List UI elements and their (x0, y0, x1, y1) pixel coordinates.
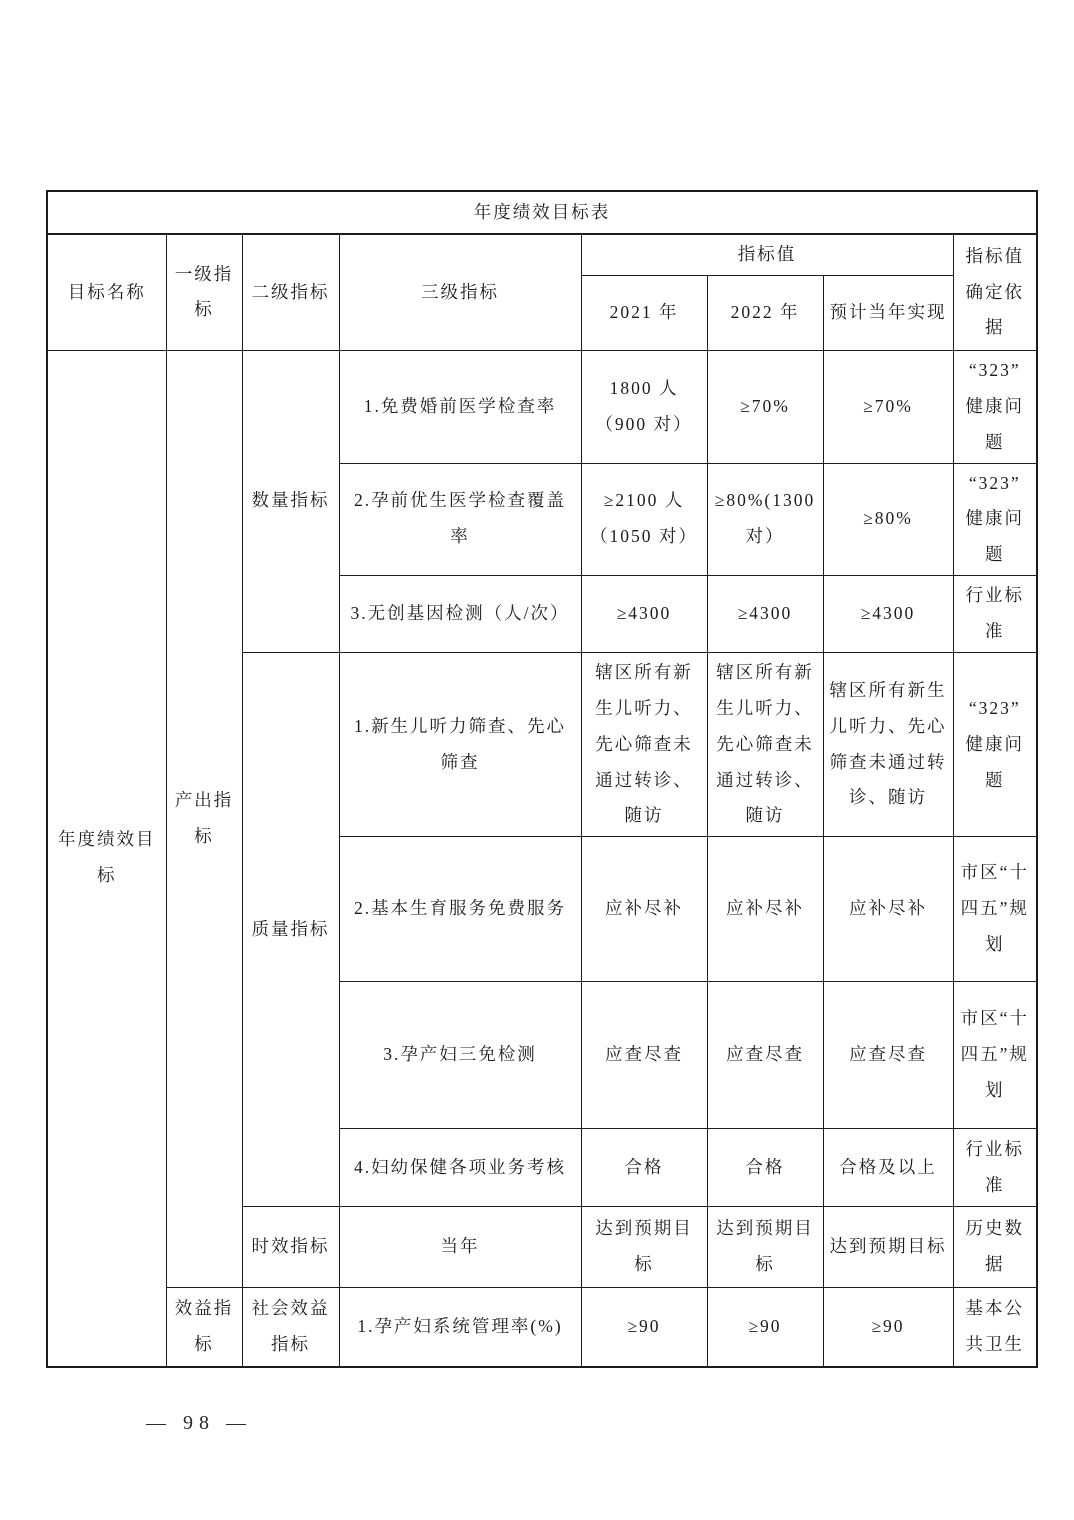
cell-basis: 历史数据 (953, 1207, 1037, 1288)
header-basis: 指标值确定依据 (953, 234, 1037, 350)
header-year-2022: 2022 年 (707, 275, 823, 350)
cell-2021-value: 辖区所有新生儿听力、先心筛查未通过转诊、随访 (581, 652, 707, 836)
cell-2022-value: 达到预期目标 (707, 1207, 823, 1288)
cell-indicator: 3.无创基因检测（人/次） (339, 576, 581, 653)
cell-level2-quality: 质量指标 (242, 652, 339, 1206)
table-row: 年度绩效目标 产出指标 数量指标 1.免费婚前医学检查率 1800 人（900 … (47, 350, 1037, 463)
cell-indicator: 3.孕产妇三免检测 (339, 982, 581, 1129)
cell-2021-value: 合格 (581, 1129, 707, 1207)
cell-2022-value: 辖区所有新生儿听力、先心筛查未通过转诊、随访 (707, 652, 823, 836)
cell-basis: “323”健康问题 (953, 463, 1037, 576)
table-row: 效益指标 社会效益指标 1.孕产妇系统管理率(%) ≥90 ≥90 ≥90 基本… (47, 1288, 1037, 1367)
cell-indicator: 2.孕前优生医学检查覆盖率 (339, 463, 581, 576)
table-row: 目标名称 一级指标 二级指标 三级指标 指标值 指标值确定依据 (47, 234, 1037, 275)
cell-2022-value: 应查尽查 (707, 982, 823, 1129)
cell-indicator: 1.新生儿听力筛查、先心筛查 (339, 652, 581, 836)
cell-expected-value: 达到预期目标 (823, 1207, 953, 1288)
cell-expected-value: 合格及以上 (823, 1129, 953, 1207)
cell-2021-value: 1800 人（900 对） (581, 350, 707, 463)
cell-basis: 行业标准 (953, 576, 1037, 653)
cell-indicator: 2.基本生育服务免费服务 (339, 837, 581, 982)
header-level1: 一级指标 (166, 234, 242, 350)
cell-expected-value: 应查尽查 (823, 982, 953, 1129)
header-expected: 预计当年实现 (823, 275, 953, 350)
cell-indicator: 4.妇幼保健各项业务考核 (339, 1129, 581, 1207)
table-title: 年度绩效目标表 (47, 191, 1037, 234)
header-value-group: 指标值 (581, 234, 953, 275)
cell-level2-social-benefit: 社会效益指标 (242, 1288, 339, 1367)
cell-indicator: 1.免费婚前医学检查率 (339, 350, 581, 463)
cell-basis: 市区“十四五”规划 (953, 837, 1037, 982)
page-number: — 98 — (146, 1412, 252, 1435)
cell-basis: “323”健康问题 (953, 652, 1037, 836)
cell-2021-value: 达到预期目标 (581, 1207, 707, 1288)
cell-level2-quantity: 数量指标 (242, 350, 339, 652)
cell-basis: 市区“十四五”规划 (953, 982, 1037, 1129)
cell-expected-value: 应补尽补 (823, 837, 953, 982)
cell-indicator: 当年 (339, 1207, 581, 1288)
cell-expected-value: ≥80% (823, 463, 953, 576)
cell-basis: 基本公共卫生 (953, 1288, 1037, 1367)
cell-expected-value: 辖区所有新生儿听力、先心筛查未通过转诊、随访 (823, 652, 953, 836)
cell-level1-benefit: 效益指标 (166, 1288, 242, 1367)
table-row: 年度绩效目标表 (47, 191, 1037, 234)
cell-basis: 行业标准 (953, 1129, 1037, 1207)
cell-2022-value: 应补尽补 (707, 837, 823, 982)
header-level2: 二级指标 (242, 234, 339, 350)
header-level3: 三级指标 (339, 234, 581, 350)
cell-2021-value: ≥2100 人（1050 对） (581, 463, 707, 576)
cell-indicator: 1.孕产妇系统管理率(%) (339, 1288, 581, 1367)
cell-2021-value: 应补尽补 (581, 837, 707, 982)
cell-2021-value: ≥90 (581, 1288, 707, 1367)
cell-expected-value: ≥4300 (823, 576, 953, 653)
cell-2022-value: 合格 (707, 1129, 823, 1207)
cell-2021-value: ≥4300 (581, 576, 707, 653)
cell-2022-value: ≥70% (707, 350, 823, 463)
cell-expected-value: ≥70% (823, 350, 953, 463)
cell-2021-value: 应查尽查 (581, 982, 707, 1129)
header-year-2021: 2021 年 (581, 275, 707, 350)
cell-level2-timeliness: 时效指标 (242, 1207, 339, 1288)
cell-2022-value: ≥4300 (707, 576, 823, 653)
cell-expected-value: ≥90 (823, 1288, 953, 1367)
header-goal-name: 目标名称 (47, 234, 166, 350)
cell-2022-value: ≥90 (707, 1288, 823, 1367)
cell-basis: “323”健康问题 (953, 350, 1037, 463)
annual-performance-target-table: 年度绩效目标表 目标名称 一级指标 二级指标 三级指标 指标值 指标值确定依据 … (46, 190, 1038, 1368)
cell-goal-name: 年度绩效目标 (47, 350, 166, 1366)
cell-level1-output: 产出指标 (166, 350, 242, 1287)
cell-2022-value: ≥80%(1300 对） (707, 463, 823, 576)
document-page: 年度绩效目标表 目标名称 一级指标 二级指标 三级指标 指标值 指标值确定依据 … (0, 0, 1074, 1520)
